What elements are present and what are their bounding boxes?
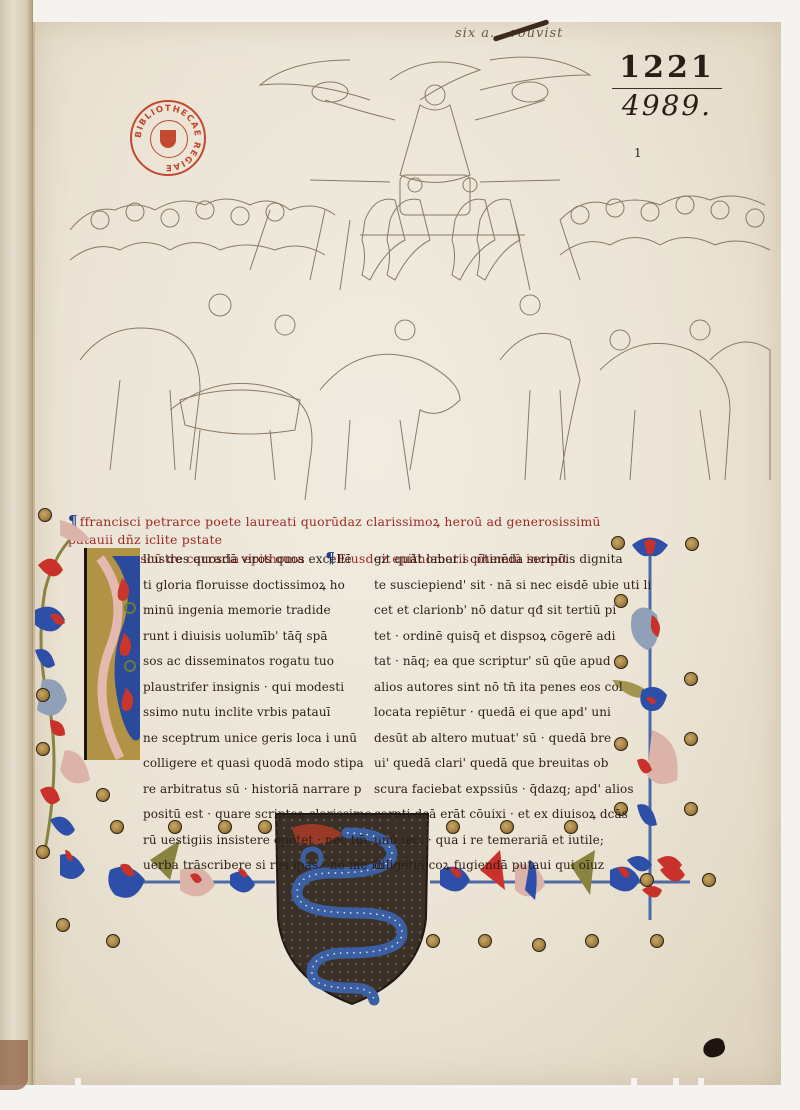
left-crowd [70,199,460,500]
text-line: colligere et quasi quodā modo stipa [143,751,358,777]
text-line: positū est · quare scriptoꝝ clarissimo [143,802,358,828]
text-line: locata repiētur · quedā ei que apd' uni [374,700,619,726]
text-line: alios autores sint nō tn̄ ita penes eos … [374,675,619,701]
text-line: sos ac disseminatos rogatu tuo [143,649,358,675]
text-line: te susciepiend' sit · nā si nec eisdē ub… [374,573,619,599]
rubric-line-1: ¶ffrancisci petrarce poete laureati quor… [68,512,628,549]
text-line: minū ingenia memorie tradide [143,598,358,624]
book-binding [0,0,33,1085]
right-crowd [500,196,770,480]
binding-corner [0,1040,28,1090]
text-line: ti gloria floruisse doctissimoꝝ ho [143,573,358,599]
text-line: git quāt labor i cōtinēda sermōis dignit… [374,547,619,573]
illuminated-initial-i [82,548,142,760]
text-line: tat · nāq; ea que scriptur' sū ꝗūe apud [374,649,619,675]
text-column-right: git quāt labor i cōtinēda sermōis dignit… [374,547,619,879]
chariot-horses [360,175,525,280]
text-line: rū uestigiis insistere opōtet · nec tm̄ [143,828,358,854]
text-column-left: llustres quosdā viros quos excellē ti gl… [143,547,358,879]
text-line: llustres quosdā viros quos excellē [143,547,358,573]
triumph-of-fame-drawing [60,40,780,510]
text-line: plaustrifer insignis · qui modesti [143,675,358,701]
text-line: carpti dcā erāt cōuixi · et ex diuisoꝝ d… [374,802,619,828]
text-line: uerba trāscribere si res ipas · nō me fu [143,853,358,879]
text-line: tet · ordinē quisq̄ et dispsoꝝ cōgerē ad… [374,624,619,650]
text-line: runt i diuisis uolumīb' tāq̄ spā [143,624,358,650]
text-line: ne sceptrum unice geris loca i unū [143,726,358,752]
text-line: re arbitratus sū · historiā narrare p [143,777,358,803]
text-line: diligētiā coꝝ fugiendā putaui qui oīuz [374,853,619,879]
text-line: desūt ab altero mutuat' sū · quedā bre [374,726,619,752]
text-line: unū feci · qua i re temerariā et iutile; [374,828,619,854]
text-line: cet et clarionb' nō datur qđ sit tertiū … [374,598,619,624]
text-line: ssimo nutu inclite vrbis patauī [143,700,358,726]
text-line: scura faciebat expssiūs · q̄dazq; apd' a… [374,777,619,803]
winged-fame-figure [260,57,590,182]
page-bottom-edge [33,1078,779,1088]
text-line: ui' quedā clari' quedā que breuitas ob [374,751,619,777]
